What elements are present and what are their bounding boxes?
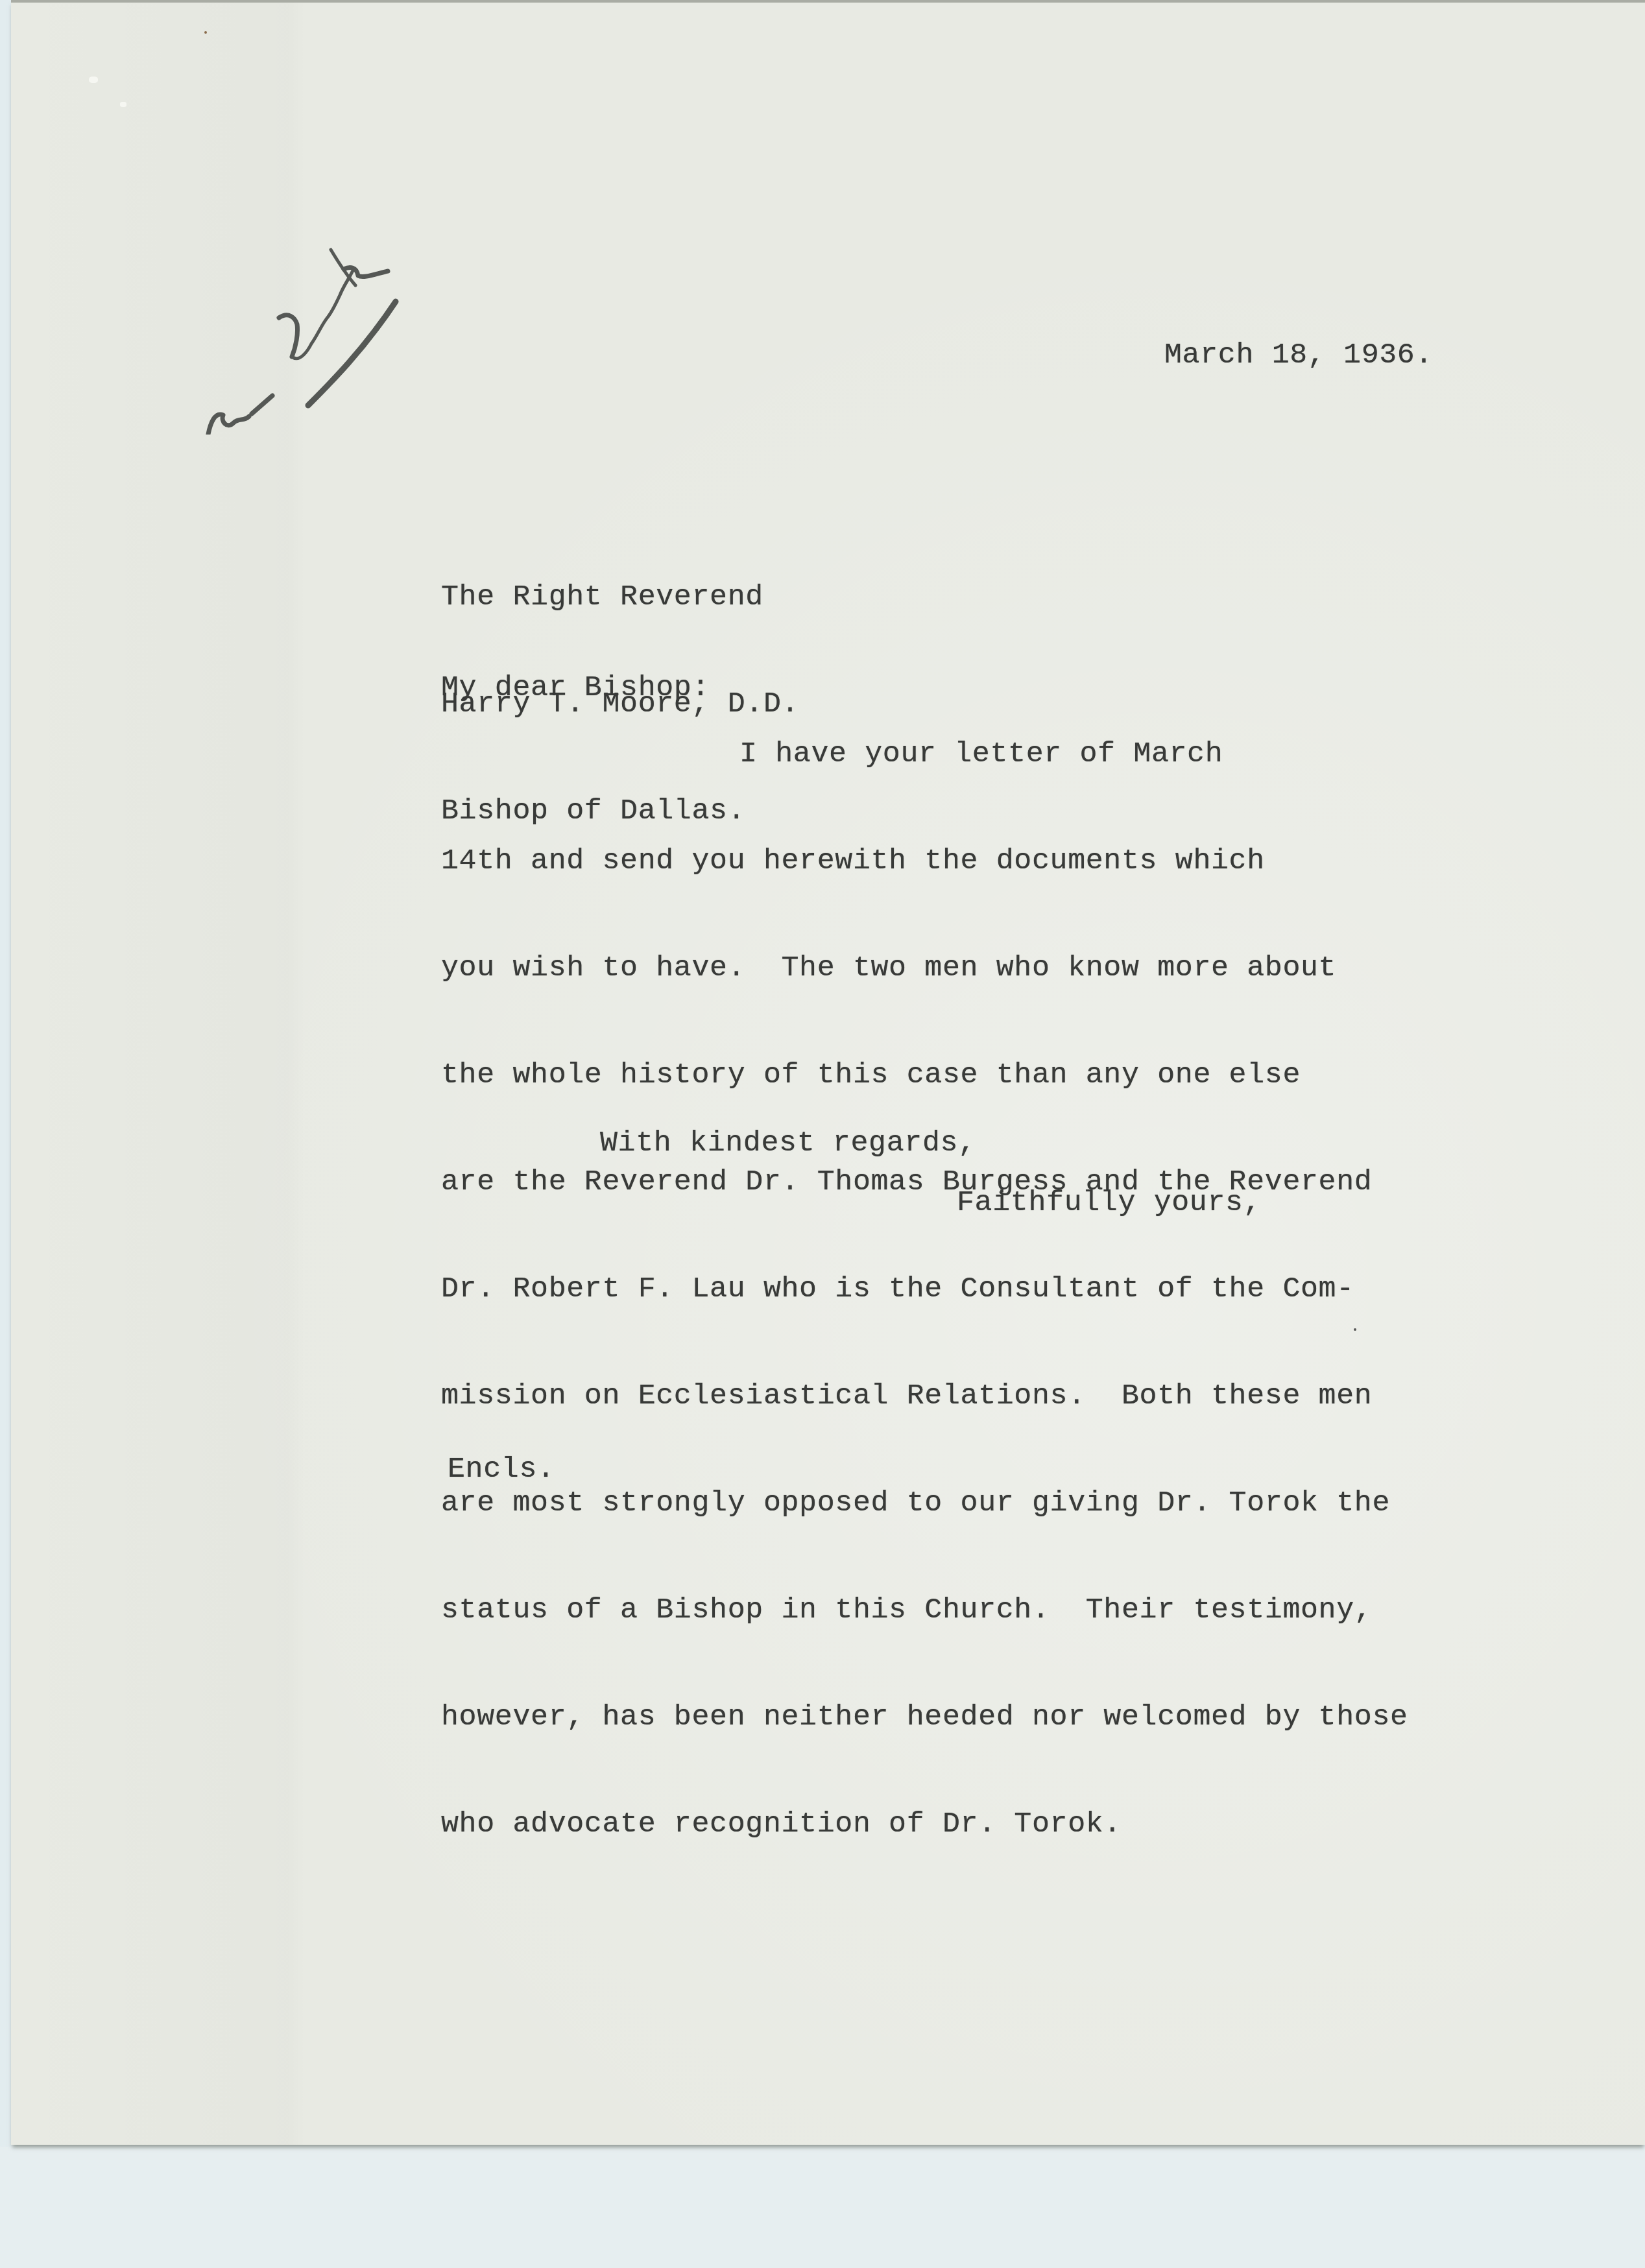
body-line: are the Reverend Dr. Thomas Burgess and …: [441, 1164, 1408, 1200]
body-line: who advocate recognition of Dr. Torok.: [441, 1806, 1408, 1842]
body-line: 14th and send you herewith the documents…: [441, 843, 1408, 879]
salutation: My dear Bishop:: [441, 670, 710, 706]
scanner-bed-left: [0, 0, 11, 2147]
letter-body: 14th and send you herewith the documents…: [441, 772, 1408, 1878]
body-first-line: I have your letter of March: [739, 736, 1223, 772]
address-line: The Right Reverend: [441, 579, 799, 615]
paper-top-edge: [11, 0, 1645, 3]
handwritten-margin-note: re- Torok: [182, 221, 402, 435]
pencil-annotation-icon: [182, 221, 402, 435]
body-line: status of a Bishop in this Church. Their…: [441, 1592, 1408, 1628]
body-line: Dr. Robert F. Lau who is the Consultant …: [441, 1271, 1408, 1307]
paper-speck: [204, 31, 207, 34]
body-line: you wish to have. The two men who know m…: [441, 950, 1408, 986]
closing-line: With kindest regards,: [600, 1125, 976, 1161]
enclosure-note: Encls.: [448, 1451, 555, 1487]
body-line: the whole history of this case than any …: [441, 1057, 1408, 1093]
paper-tear-mark: [89, 77, 98, 83]
body-line: mission on Ecclesiastical Relations. Bot…: [441, 1378, 1408, 1414]
letter-date: March 18, 1936.: [1164, 337, 1433, 373]
paper-tear-mark: [120, 102, 126, 107]
body-line: however, has been neither heeded nor wel…: [441, 1699, 1408, 1735]
body-line: are most strongly opposed to our giving …: [441, 1485, 1408, 1521]
signoff-line: Faithfully yours,: [957, 1185, 1261, 1221]
